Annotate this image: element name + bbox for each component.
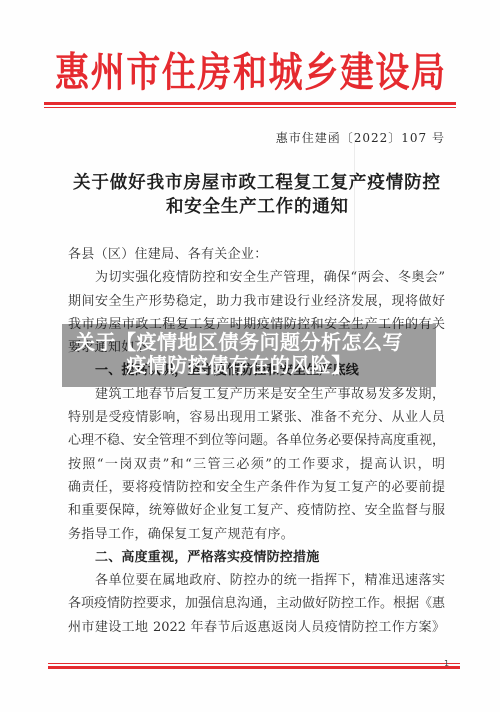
document-page: 惠州市住房和城乡建设局 惠市住建函〔2022〕107 号 关于做好我市房屋市政工…: [0, 0, 500, 712]
body-line: 按照“一岗双责”和“三管三必须”的工作要求，提高认识，明: [68, 455, 445, 475]
document-title-line-2: 和安全生产工作的通知: [166, 198, 348, 216]
body-line: 和重要保障，统筹做好企业复工复产、疫情防控、安全监督与服: [68, 501, 445, 521]
salutation: 各县（区）住建局、各有关企业：: [68, 245, 268, 265]
letterhead-org-name: 惠州市住房和城乡建设局: [55, 49, 445, 96]
body-line: 心理不稳、安全管理不到位等问题。各单位务必要保持高度重视，: [68, 431, 445, 451]
body-line: 建筑工地春节后复工复产历来是安全生产事故易发多发期，: [95, 385, 445, 405]
letterhead-rule-thick: [44, 102, 456, 105]
body-line: 确责任，要将疫情防控和安全生产条件作为复工复产的必要前提: [68, 478, 445, 498]
body-line: 为切实强化疫情防控和安全生产管理，确保“两会、冬奥会”: [95, 268, 445, 288]
document-title-line-1: 关于做好我市房屋市政工程复工复产疫情防控: [73, 174, 440, 192]
banner-title-line-1: 关于【疫情地区债务问题分析怎么写: [62, 331, 416, 354]
banner-title-line-2: 疫情防控债存在的风险】: [62, 354, 416, 377]
footer-rule-thick: [48, 666, 460, 669]
body-line: 各项疫情防控要求，加强信息沟通，主动做好防控工作。根据《惠: [68, 594, 445, 614]
footer-rule-thin: [48, 663, 460, 664]
overlay-title-banner: 关于【疫情地区债务问题分析怎么写 疫情防控债存在的风险】: [62, 324, 436, 387]
body-line: 各单位要在属地政府、防控办的统一指挥下，精准迅速落实: [95, 571, 445, 591]
body-line: 务指导工作，确保复工复产规范有序。: [68, 525, 294, 545]
document-number: 惠市住建函〔2022〕107 号: [276, 130, 445, 146]
page-number: 1: [444, 659, 449, 669]
body-line: 州市建设工地 2022 年春节后返惠返岗人员疫情防控工作方案》: [68, 618, 445, 638]
section-heading-2: 二、高度重视，严格落实疫情防控措施: [95, 548, 319, 568]
letterhead-rule-thin: [44, 107, 456, 108]
body-line: 期间安全生产形势稳定，助力我市建设行业经济发展，现将做好: [68, 292, 445, 312]
body-line: 特别是受疫情影响，容易出现用工紧张、准备不充分、从业人员: [68, 408, 445, 428]
